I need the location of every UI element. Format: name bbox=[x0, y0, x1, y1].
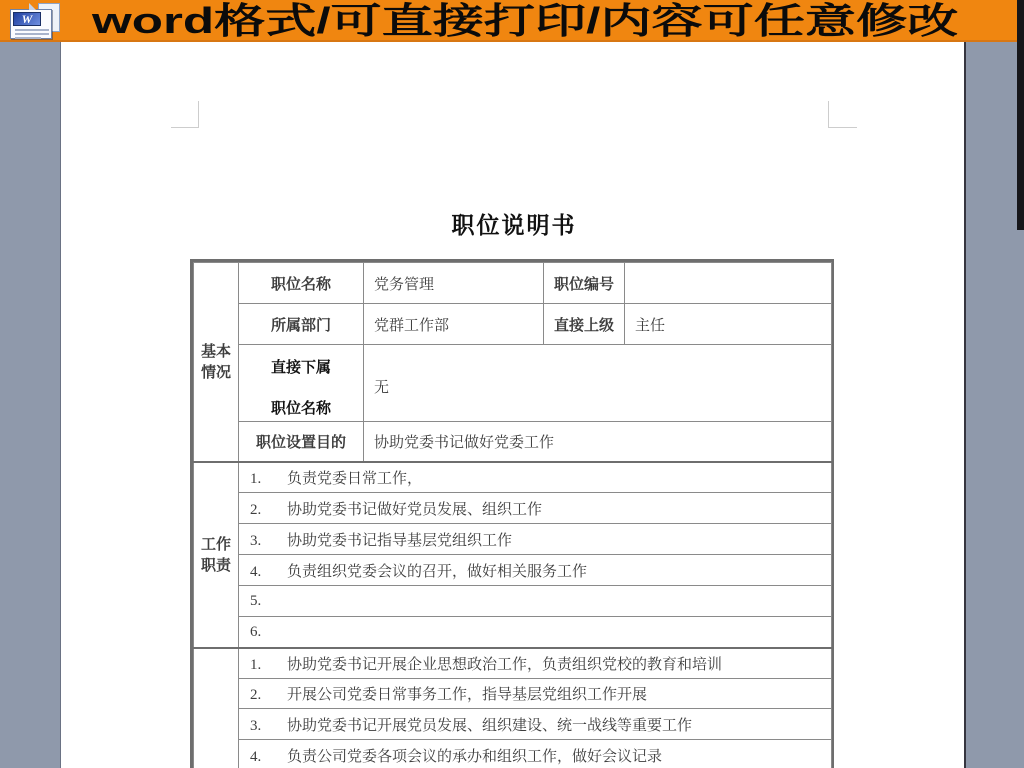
duty-number: 1. bbox=[250, 471, 287, 488]
duty-number: 2. bbox=[250, 687, 287, 704]
table-row: 2.协助党委书记做好党员发展、组织工作 bbox=[194, 493, 832, 524]
promo-banner: W word格式/可直接打印/内容可任意修改 bbox=[0, 0, 1024, 42]
text-line-decor bbox=[15, 37, 41, 39]
table-row: 基本情况 职位名称 党务管理 职位编号 bbox=[194, 263, 832, 304]
text-line-decor bbox=[15, 29, 49, 31]
front-page-shape: W bbox=[10, 9, 52, 39]
table-row: 所属部门 党群工作部 直接上级 主任 bbox=[194, 304, 832, 345]
duty-number: 5. bbox=[250, 593, 287, 610]
field-label-position-purpose: 职位设置目的 bbox=[239, 422, 364, 462]
table-row: 4.负责组织党委会议的召开，做好相关服务工作 bbox=[194, 555, 832, 586]
duty-item: 3.协助党委书记开展党员发展、组织建设、统一战线等重要工作 bbox=[239, 709, 832, 740]
table-row: 1.协助党委书记开展企业思想政治工作，负责组织党校的教育和培训 bbox=[194, 648, 832, 679]
duty-number: 3. bbox=[250, 533, 287, 550]
duty-item: 1.负责党委日常工作， bbox=[239, 462, 832, 493]
duty-item: 6. bbox=[239, 617, 832, 648]
duty-text: 协助党委书记开展党员发展、组织建设、统一战线等重要工作 bbox=[287, 717, 692, 734]
duty-item: 2.开展公司党委日常事务工作，指导基层党组织工作开展 bbox=[239, 679, 832, 709]
field-value-position-name: 党务管理 bbox=[364, 263, 544, 304]
word-w-logo: W bbox=[13, 12, 41, 26]
field-value-position-number bbox=[625, 263, 832, 304]
field-label-department: 所属部门 bbox=[239, 304, 364, 345]
duty-item: 5. bbox=[239, 586, 832, 617]
field-label-line2: 职位名称 bbox=[239, 397, 363, 418]
table-row: 直接下属 职位名称 无 bbox=[194, 345, 832, 422]
crop-mark-left-horizontal bbox=[171, 127, 199, 128]
duty-number: 1. bbox=[250, 657, 287, 674]
table-row: 6. bbox=[194, 617, 832, 648]
section-label-basic-info: 基本情况 bbox=[194, 263, 239, 462]
duty-text: 协助党委书记指导基层党组织工作 bbox=[287, 532, 512, 549]
duty-item: 4.负责公司党委各项会议的承办和组织工作，做好会议记录 bbox=[239, 740, 832, 768]
screen: W word格式/可直接打印/内容可任意修改 职位说明书 基本情况 bbox=[0, 0, 1024, 768]
duty-text: 协助党委书记开展企业思想政治工作，负责组织党校的教育和培训 bbox=[287, 656, 722, 673]
duty-item: 4.负责组织党委会议的召开，做好相关服务工作 bbox=[239, 555, 832, 586]
duty-number: 6. bbox=[250, 624, 287, 641]
crop-mark-left-vertical bbox=[198, 101, 199, 128]
table-row: 5. bbox=[194, 586, 832, 617]
field-label-line1: 直接下属 bbox=[239, 356, 363, 377]
field-value-position-purpose: 协助党委书记做好党委工作 bbox=[364, 422, 832, 462]
table-row: 工作职责 1.负责党委日常工作， bbox=[194, 462, 832, 493]
duty-number: 4. bbox=[250, 749, 287, 766]
duty-text: 负责党委日常工作， bbox=[287, 470, 422, 487]
table-row: 3.协助党委书记开展党员发展、组织建设、统一战线等重要工作 bbox=[194, 709, 832, 740]
promo-banner-text: word格式/可直接打印/内容可任意修改 bbox=[92, 0, 958, 42]
duty-number: 4. bbox=[250, 564, 287, 581]
crop-mark-right-vertical bbox=[828, 101, 829, 128]
duty-item: 2.协助党委书记做好党员发展、组织工作 bbox=[239, 493, 832, 524]
field-value-direct-subordinate: 无 bbox=[364, 345, 832, 422]
table-row: 2.开展公司党委日常事务工作，指导基层党组织工作开展 bbox=[194, 679, 832, 709]
field-label-direct-superior: 直接上级 bbox=[544, 304, 625, 345]
duty-item: 1.协助党委书记开展企业思想政治工作，负责组织党校的教育和培训 bbox=[239, 648, 832, 679]
table-row: 职位设置目的 协助党委书记做好党委工作 bbox=[194, 422, 832, 462]
crop-mark-right-horizontal bbox=[828, 127, 857, 128]
document-page: 职位说明书 基本情况 职位名称 党务管理 职位编号 所属部门 党群工作部 bbox=[60, 42, 966, 768]
job-description-table: 基本情况 职位名称 党务管理 职位编号 所属部门 党群工作部 直接上级 主任 直… bbox=[190, 259, 834, 768]
duty-item: 3.协助党委书记指导基层党组织工作 bbox=[239, 524, 832, 555]
document-title: 职位说明书 bbox=[61, 207, 966, 240]
table-row: 4.负责公司党委各项会议的承办和组织工作，做好会议记录 bbox=[194, 740, 832, 768]
screen-right-edge-strip bbox=[1017, 0, 1024, 230]
duty-number: 3. bbox=[250, 718, 287, 735]
duty-text: 负责组织党委会议的召开，做好相关服务工作 bbox=[287, 563, 587, 580]
field-value-department: 党群工作部 bbox=[364, 304, 544, 345]
duty-number: 2. bbox=[250, 502, 287, 519]
field-label-direct-subordinate: 直接下属 职位名称 bbox=[239, 345, 364, 422]
word-document-icon: W bbox=[8, 3, 66, 40]
duty-text: 负责公司党委各项会议的承办和组织工作，做好会议记录 bbox=[287, 748, 662, 765]
text-line-decor bbox=[15, 33, 49, 35]
field-value-direct-superior: 主任 bbox=[625, 304, 832, 345]
table-row: 3.协助党委书记指导基层党组织工作 bbox=[194, 524, 832, 555]
section-label-duties: 工作职责 bbox=[194, 462, 239, 648]
field-label-position-number: 职位编号 bbox=[544, 263, 625, 304]
page-fold-shape bbox=[29, 3, 36, 10]
duty-text: 开展公司党委日常事务工作，指导基层党组织工作开展 bbox=[287, 686, 647, 703]
section-label-duties2 bbox=[194, 648, 239, 768]
field-label-position-name: 职位名称 bbox=[239, 263, 364, 304]
duty-text: 协助党委书记做好党员发展、组织工作 bbox=[287, 501, 542, 518]
